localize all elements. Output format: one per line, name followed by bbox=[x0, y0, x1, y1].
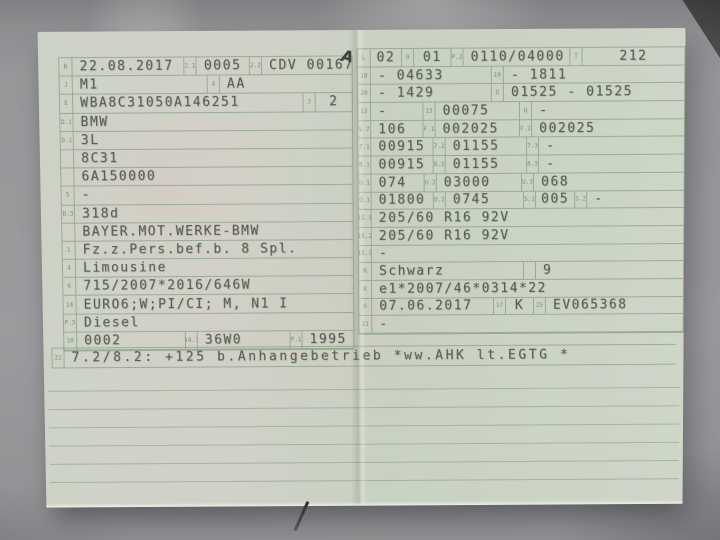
field-value: 205/60 R16 92V bbox=[372, 208, 684, 227]
field-value: 205/60 R16 92V bbox=[372, 226, 684, 245]
field-value: 212 bbox=[582, 47, 684, 65]
remarks-text: 7.2/8.2: +125 b.Anhangebetrieb *ww.AHK l… bbox=[64, 345, 675, 368]
field-code: D.2 bbox=[61, 132, 74, 149]
field-code: U.2 bbox=[424, 174, 437, 191]
field-row: O.101800O.20745S.1005S.2- bbox=[359, 190, 684, 210]
field-value: Diesel bbox=[77, 313, 354, 332]
field-code: 2.1 bbox=[183, 57, 196, 75]
field-code: O.2 bbox=[433, 192, 446, 209]
field-code: P.3 bbox=[64, 314, 77, 331]
field-value: BAYER.MOT.WERKE-BMW bbox=[75, 222, 353, 241]
field-row: 8.1009158.2011558.3- bbox=[358, 155, 683, 175]
field-value: 00915 bbox=[371, 138, 432, 155]
center-fold bbox=[348, 30, 367, 506]
field-value: Fz.z.Pers.bef.b. 8 Spl. bbox=[76, 240, 353, 259]
field-code: 3 bbox=[303, 94, 316, 111]
field-value: 068 bbox=[534, 173, 684, 191]
field-code: S.1 bbox=[523, 191, 536, 208]
field-value: 002025 bbox=[436, 120, 519, 137]
field-value: EV065368 bbox=[546, 297, 683, 314]
field-code: 4 bbox=[207, 76, 220, 94]
field-value: 01155 bbox=[446, 138, 526, 155]
field-value: 8C31 bbox=[74, 149, 352, 168]
field-value: 9 bbox=[536, 261, 683, 279]
field-row: U.1074U.203000U.3068 bbox=[358, 173, 683, 193]
field-code: S.2 bbox=[574, 191, 587, 208]
registration-document: B22.08.20172.100052.2CDV 00167JM14AAEWBA… bbox=[38, 28, 686, 508]
right-field-table: L02901P.20110/04000T21218- 0463319- 1811… bbox=[357, 46, 686, 335]
field-row: 607.06.201717K25EV065368 bbox=[359, 297, 683, 317]
field-code: D.3 bbox=[62, 205, 75, 222]
field-code: 14 bbox=[63, 296, 76, 313]
field-value: e1*2007/46*0314*22 bbox=[372, 279, 683, 298]
field-row: 15.3- bbox=[359, 244, 683, 264]
field-value: - bbox=[532, 101, 684, 119]
field-row: 12-1300075Q- bbox=[358, 101, 684, 121]
field-code: B bbox=[59, 58, 72, 76]
field-value: 00075 bbox=[435, 102, 519, 119]
field-value: K bbox=[506, 298, 533, 315]
field-value: 0745 bbox=[446, 191, 523, 208]
field-row: 6A150000 bbox=[61, 167, 352, 187]
field-code: 25 bbox=[533, 297, 546, 314]
field-row: 7.1009157.2011557.3- bbox=[358, 137, 684, 157]
field-row: 6715/2007*2016/646W bbox=[63, 276, 353, 296]
field-row: 15.1205/60 R16 92V bbox=[359, 208, 684, 228]
field-row: P.3Diesel bbox=[64, 313, 354, 333]
field-row: JM14AA bbox=[60, 75, 352, 95]
field-row: V.7106F.1002025F.2002025 bbox=[358, 119, 684, 139]
field-code bbox=[62, 223, 75, 240]
field-row: 1Fz.z.Pers.bef.b. 8 Spl. bbox=[62, 240, 352, 260]
field-code: 7.3 bbox=[526, 138, 539, 155]
field-code: Q bbox=[519, 102, 532, 119]
left-field-table: B22.08.20172.100052.2CDV 00167JM14AAEWBA… bbox=[58, 55, 354, 351]
field-value: BMW bbox=[73, 112, 352, 131]
field-row: 5- bbox=[62, 185, 353, 205]
field-value: - 04633 bbox=[371, 66, 491, 84]
field-value: 07.06.2017 bbox=[372, 298, 493, 315]
field-row: D.23L bbox=[61, 130, 353, 150]
field-value: 002025 bbox=[532, 119, 684, 137]
field-code: 13 bbox=[422, 103, 435, 120]
field-row: 14EURO6;W;PI/CI; M, N1 I bbox=[63, 294, 353, 314]
field-value: 22.08.2017 bbox=[72, 57, 183, 75]
field-value: - 1811 bbox=[504, 65, 684, 83]
field-value: - bbox=[539, 137, 684, 155]
field-value: AA bbox=[220, 75, 352, 93]
field-value: 01800 bbox=[372, 192, 433, 209]
field-value: 715/2007*2016/646W bbox=[76, 276, 353, 295]
field-code: 9 bbox=[401, 49, 414, 66]
field-row: 18- 0463319- 1811 bbox=[358, 65, 685, 85]
field-code: 1 bbox=[62, 242, 75, 259]
remarks-field-code: 22 bbox=[51, 349, 64, 368]
field-code: 7.2 bbox=[433, 138, 446, 155]
field-code: 2.2 bbox=[249, 57, 262, 75]
photo-scene: B22.08.20172.100052.2CDV 00167JM14AAEWBA… bbox=[0, 0, 720, 540]
field-code: 6 bbox=[63, 278, 76, 295]
field-row: Ke1*2007/46*0314*22 bbox=[359, 279, 683, 299]
field-code: U.3 bbox=[521, 173, 534, 190]
field-row: 4Limousine bbox=[63, 258, 353, 278]
field-value: 318d bbox=[75, 203, 353, 222]
field-code bbox=[61, 150, 74, 167]
field-code: 4 bbox=[63, 260, 76, 277]
field-code: 5 bbox=[62, 187, 75, 204]
field-row: BAYER.MOT.WERKE-BMW bbox=[62, 222, 353, 242]
field-value: WBA8C31050A146251 bbox=[73, 94, 303, 113]
field-code bbox=[61, 169, 74, 186]
field-value: 02 bbox=[371, 49, 401, 66]
field-row: RSchwarz9 bbox=[359, 261, 683, 281]
field-value: 0110/04000 bbox=[464, 48, 570, 66]
field-code: 19 bbox=[491, 66, 504, 83]
field-code: F.1 bbox=[422, 121, 435, 138]
field-code: E bbox=[60, 95, 73, 112]
field-value: - bbox=[371, 103, 422, 120]
field-code: J bbox=[60, 77, 73, 95]
field-value: 01525 - 01525 bbox=[504, 83, 684, 101]
field-code: F.2 bbox=[519, 120, 532, 137]
field-row: 15.2205/60 R16 92V bbox=[359, 226, 684, 246]
field-value: 0005 bbox=[196, 57, 249, 75]
field-row: B22.08.20172.100052.2CDV 00167 bbox=[59, 56, 351, 76]
field-value: 00915 bbox=[371, 156, 432, 173]
field-row: 20- 1429G01525 - 01525 bbox=[358, 83, 684, 103]
field-code: G bbox=[491, 84, 504, 101]
field-value: - bbox=[539, 155, 684, 173]
field-row: EWBA8C31050A14625132 bbox=[60, 93, 352, 113]
field-value: - bbox=[75, 185, 353, 204]
field-value: 01155 bbox=[446, 156, 526, 173]
field-value: 074 bbox=[371, 174, 423, 191]
field-row: D.3318d bbox=[62, 203, 353, 223]
field-code: 8.3 bbox=[526, 156, 539, 173]
field-value: - 1429 bbox=[371, 84, 491, 102]
field-value: - bbox=[372, 314, 682, 332]
field-code: T bbox=[569, 48, 582, 65]
field-value: Schwarz bbox=[372, 262, 523, 280]
field-value: - bbox=[372, 244, 683, 263]
field-code: D.1 bbox=[60, 113, 73, 130]
field-code: P.2 bbox=[450, 49, 463, 66]
field-value: - bbox=[587, 190, 683, 207]
field-value: 2 bbox=[316, 93, 352, 111]
field-code: 8.2 bbox=[433, 156, 446, 173]
field-value: 01 bbox=[414, 49, 450, 66]
field-value: 6A150000 bbox=[74, 167, 352, 186]
field-value: 3L bbox=[74, 130, 353, 149]
field-value: 005 bbox=[536, 191, 574, 208]
field-row: L02901P.20110/04000T212 bbox=[358, 47, 685, 67]
field-code: 17 bbox=[493, 298, 506, 315]
field-value: 106 bbox=[371, 121, 422, 138]
field-value: M1 bbox=[73, 76, 207, 94]
field-code bbox=[523, 262, 536, 279]
field-row: D.1BMW bbox=[60, 112, 352, 132]
field-row: 8C31 bbox=[61, 149, 352, 169]
field-value: Limousine bbox=[76, 258, 353, 277]
field-value: EURO6;W;PI/CI; M, N1 I bbox=[76, 294, 353, 313]
field-row: 21- bbox=[359, 314, 682, 334]
field-value: 03000 bbox=[437, 174, 521, 191]
